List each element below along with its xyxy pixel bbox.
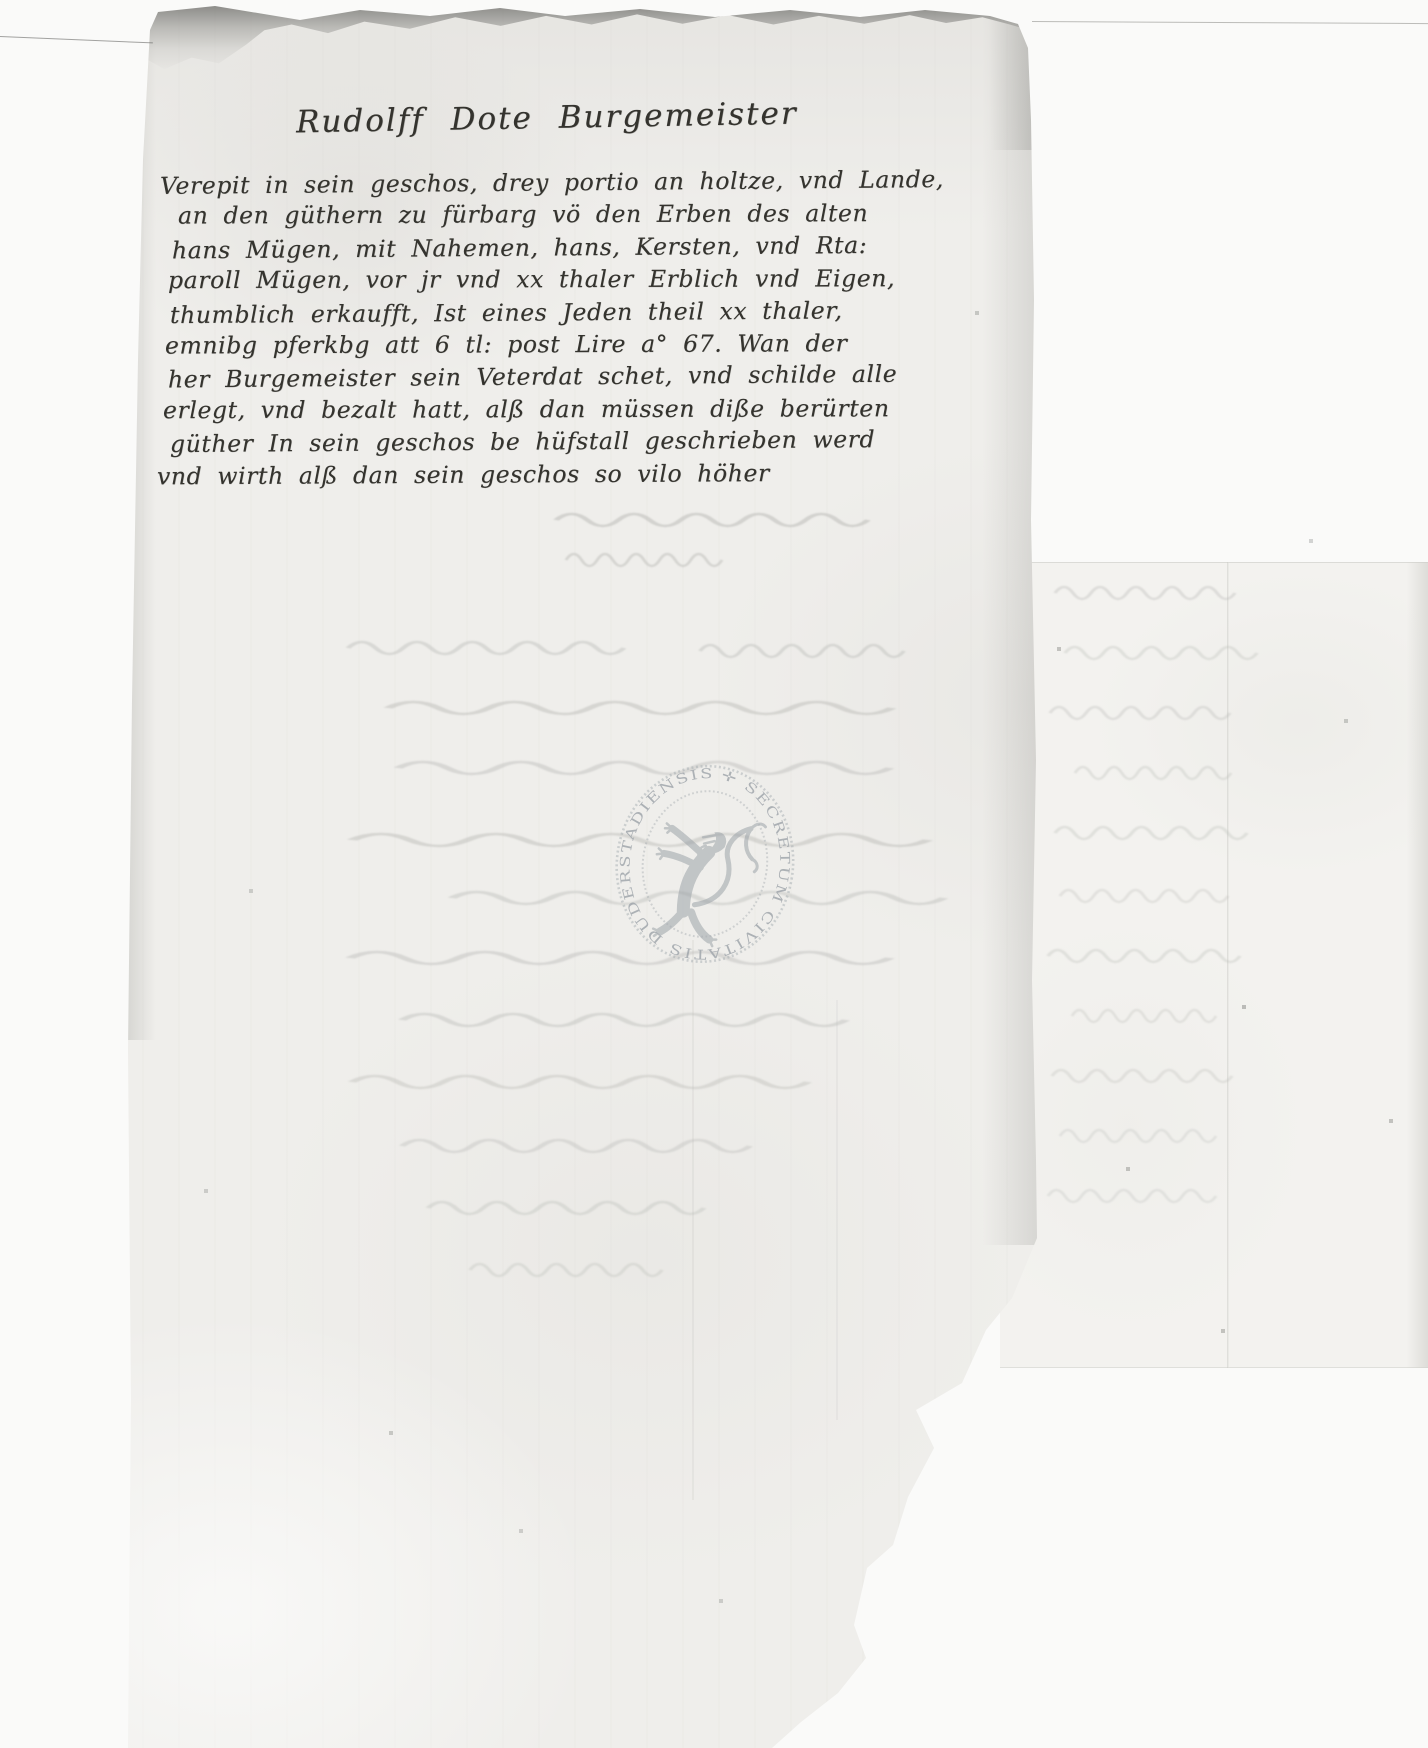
under-sheet-crease — [1227, 562, 1229, 1368]
scanned-manuscript: Rudolff Dote Burgemeister Verepit in sei… — [0, 0, 1428, 1748]
body-line: an den güthern zu fürbarg vö den Erben d… — [178, 199, 1047, 234]
body-text: Verepit in sein geschos, drey portio an … — [152, 168, 1047, 492]
under-sheet — [1000, 562, 1428, 1368]
foxing-specks — [0, 0, 2, 2]
city-seal-stamp: ✛ SECRETUM CIVITATIS DUDERSTADIENSIS — [587, 741, 823, 985]
body-line: her Burgemeister sein Veterdat schet, vn… — [168, 359, 1047, 398]
scratch-line-left — [0, 36, 153, 43]
body-line: paroll Mügen, vor jr vnd xx thaler Erbli… — [168, 264, 1047, 299]
body-line: güther In sein geschos be hüfstall gesch… — [170, 424, 1047, 463]
scratch-line-right — [1032, 21, 1428, 24]
body-line: erlegt, vnd bezalt hatt, alß dan müssen … — [163, 394, 1047, 429]
body-line: thumblich erkaufft, Ist eines Jeden thei… — [170, 295, 1047, 334]
body-line: vnd wirth alß dan sein geschos so vilo h… — [157, 457, 1047, 494]
body-line: emnibg pferkbg att 6 tl: post Lire a° 67… — [165, 328, 1047, 363]
body-line: hans Mügen, mit Nahemen, hans, Kersten, … — [172, 229, 1047, 268]
